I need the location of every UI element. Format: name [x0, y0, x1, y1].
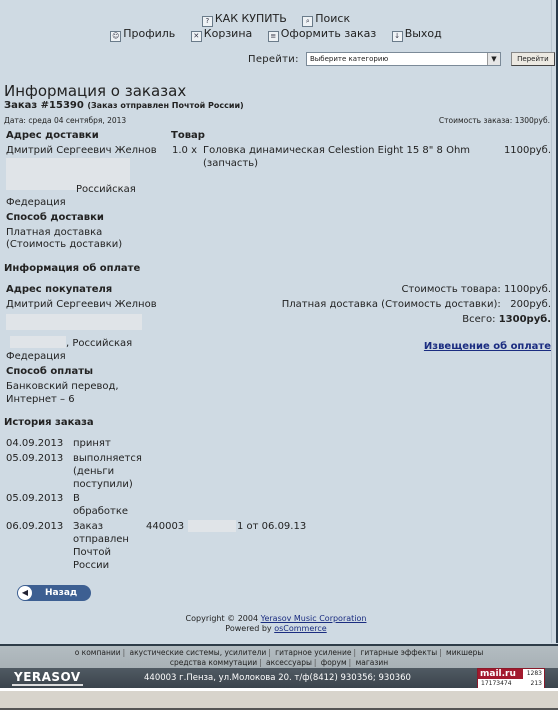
counter-id: 17173474 [481, 680, 512, 687]
footer-link-about[interactable]: о компании [75, 648, 121, 657]
history-status-1: принят [73, 437, 111, 450]
history-status-4-line3: Почтой [73, 546, 111, 559]
goto-button[interactable]: Перейти [511, 52, 555, 66]
redacted-tracking-number [188, 520, 236, 532]
company-link[interactable]: Yerasov Music Corporation [261, 614, 367, 623]
checkout-icon: ≡ [268, 31, 279, 42]
total-label: Всего: [462, 314, 495, 325]
order-date: Дата: среда 04 сентября, 2013 [4, 116, 126, 125]
arrow-left-icon: ◀ [18, 586, 32, 600]
footer-link-guitar-effects[interactable]: гитарные эффекты [360, 648, 437, 657]
mailru-counter[interactable]: mail.ru 17173474 1283 213 [477, 668, 545, 690]
order-status: (Заказ отправлен Почтой России) [87, 101, 243, 110]
cart-icon: ✕ [191, 31, 202, 42]
history-heading: История заказа [4, 416, 94, 429]
help-icon: ? [202, 16, 213, 27]
nav-profile-label: Профиль [123, 27, 175, 40]
copyright-text: Copyright © 2004 [186, 614, 259, 623]
history-status-2-line2: (деньги [73, 465, 114, 478]
shipping-cost: Платная доставка (Стоимость доставки): 2… [282, 298, 551, 311]
footer-links: о компании| акустические системы, усилит… [0, 644, 558, 668]
nav-profile[interactable]: ☺Профиль [110, 27, 175, 40]
page-title: Информация о заказах [4, 82, 186, 100]
total: Всего: 1300руб. [462, 313, 551, 326]
order-heading: Заказ #15390 (Заказ отправлен Почтой Рос… [4, 100, 244, 111]
order-cost: Стоимость заказа: 1300руб. [439, 116, 550, 125]
redacted-billing-city [10, 336, 66, 348]
history-comment-prefix: 440003 [146, 520, 184, 533]
top-navigation: ?КАК КУПИТЬ ⌕Поиск ☺Профиль ✕Корзина ≡Оф… [0, 12, 552, 42]
shipping-label: Платная доставка (Стоимость доставки): [282, 299, 501, 310]
logout-icon: ↓ [392, 31, 403, 42]
payment-method-heading: Способ оплаты [6, 365, 93, 378]
nav-search[interactable]: ⌕Поиск [302, 12, 350, 25]
profile-icon: ☺ [110, 31, 121, 42]
powered-line: Powered by osCommerce [0, 624, 552, 634]
category-jump: Перейти: Выберите категорию▼ Перейти [248, 52, 555, 66]
payment-notice-link[interactable]: Извещение об оплате [424, 341, 551, 352]
products-heading: Товар [171, 129, 205, 142]
footer-link-forum[interactable]: форум [321, 658, 347, 667]
total-value: 1300руб. [499, 314, 551, 325]
delivery-country-line2: Федерация [6, 196, 66, 209]
billing-country-line2: Федерация [6, 350, 66, 363]
category-select-value: Выберите категорию [310, 55, 388, 63]
history-status-3-line2: обработке [73, 505, 128, 518]
chevron-down-icon[interactable]: ▼ [487, 53, 500, 65]
nav-search-label: Поиск [315, 12, 350, 25]
delivery-name: Дмитрий Сергеевич Желнов [6, 144, 157, 157]
nav-logout[interactable]: ↓Выход [392, 27, 442, 40]
history-date-3: 05.09.2013 [6, 492, 63, 505]
payment-method-line1: Банковский перевод, [6, 380, 119, 393]
payment-method-line2: Интернет – 6 [6, 393, 75, 406]
payment-notice: Извещение об оплате [424, 340, 551, 353]
yerasov-logo[interactable]: YERASOV [12, 671, 83, 686]
nav-how-to-buy-label: КАК КУПИТЬ [215, 12, 287, 25]
powered-text: Powered by [225, 624, 271, 633]
back-button[interactable]: ◀ Назад [17, 585, 91, 601]
nav-how-to-buy[interactable]: ?КАК КУПИТЬ [202, 12, 287, 25]
oscommerce-link[interactable]: osCommerce [274, 624, 326, 633]
search-icon: ⌕ [302, 16, 313, 27]
footer-link-shop[interactable]: магазин [356, 658, 389, 667]
history-date-1: 04.09.2013 [6, 437, 63, 450]
delivery-address-heading: Адрес доставки [6, 129, 99, 142]
browser-bottom-strip [0, 688, 558, 710]
footer-address: 440003 г.Пенза, ул.Молокова 20. т/ф(8412… [144, 673, 411, 683]
product-price: 1100руб. [504, 144, 551, 157]
history-comment-suffix: 1 от 06.09.13 [237, 520, 306, 533]
nav-logout-label: Выход [405, 27, 442, 40]
delivery-method-heading: Способ доставки [6, 211, 104, 224]
history-status-3-line1: В [73, 492, 80, 505]
history-date-2: 05.09.2013 [6, 452, 63, 465]
footer-link-accessories[interactable]: аксессуары [266, 658, 312, 667]
nav-cart-label: Корзина [204, 27, 252, 40]
delivery-method-line2: (Стоимость доставки) [6, 238, 122, 251]
goto-label: Перейти: [248, 54, 299, 65]
order-number: Заказ #15390 [4, 100, 84, 111]
footer-link-guitar-amps[interactable]: гитарное усиление [275, 648, 351, 657]
mailru-brand: mail.ru [478, 669, 523, 679]
footer-link-mixers[interactable]: микшеры [446, 648, 483, 657]
redacted-billing-address [6, 314, 142, 330]
billing-country-line1: , Российская [66, 337, 132, 350]
nav-cart[interactable]: ✕Корзина [191, 27, 252, 40]
subtotal: Стоимость товара: 1100руб. [401, 283, 551, 296]
footer-link-switching[interactable]: средства коммутации [170, 658, 257, 667]
history-status-4-line1: Заказ [73, 520, 103, 533]
footer-bar: YERASOV 440003 г.Пенза, ул.Молокова 20. … [0, 668, 558, 688]
billing-address-heading: Адрес покупателя [6, 283, 112, 296]
delivery-country-line1: Российская [76, 183, 136, 196]
counter-value-2: 213 [531, 680, 542, 687]
history-status-2-line3: поступили) [73, 478, 133, 491]
footer-link-acoustics[interactable]: акустические системы, усилители [130, 648, 267, 657]
counter-value-1: 1283 [527, 670, 542, 677]
product-name: Головка динамическая Celestion Eight 15 … [203, 144, 470, 157]
category-select[interactable]: Выберите категорию▼ [306, 52, 501, 66]
history-status-2-line1: выполняется [73, 452, 142, 465]
scrollbar-edge [551, 0, 558, 643]
product-qty: 1.0 x [172, 144, 197, 157]
history-status-4-line2: отправлен [73, 533, 129, 546]
billing-section-heading: Информация об оплате [4, 262, 140, 275]
history-status-4-line4: России [73, 559, 109, 572]
back-button-label: Назад [45, 585, 77, 601]
copyright-line: Copyright © 2004 Yerasov Music Corporati… [0, 614, 552, 624]
billing-name: Дмитрий Сергеевич Желнов [6, 298, 157, 311]
shipping-value: 200руб. [510, 299, 551, 310]
product-note: (запчасть) [203, 157, 258, 170]
subtotal-label: Стоимость товара: [401, 284, 500, 295]
subtotal-value: 1100руб. [504, 284, 551, 295]
nav-checkout-label: Оформить заказ [281, 27, 376, 40]
nav-checkout[interactable]: ≡Оформить заказ [268, 27, 376, 40]
history-date-4: 06.09.2013 [6, 520, 63, 533]
